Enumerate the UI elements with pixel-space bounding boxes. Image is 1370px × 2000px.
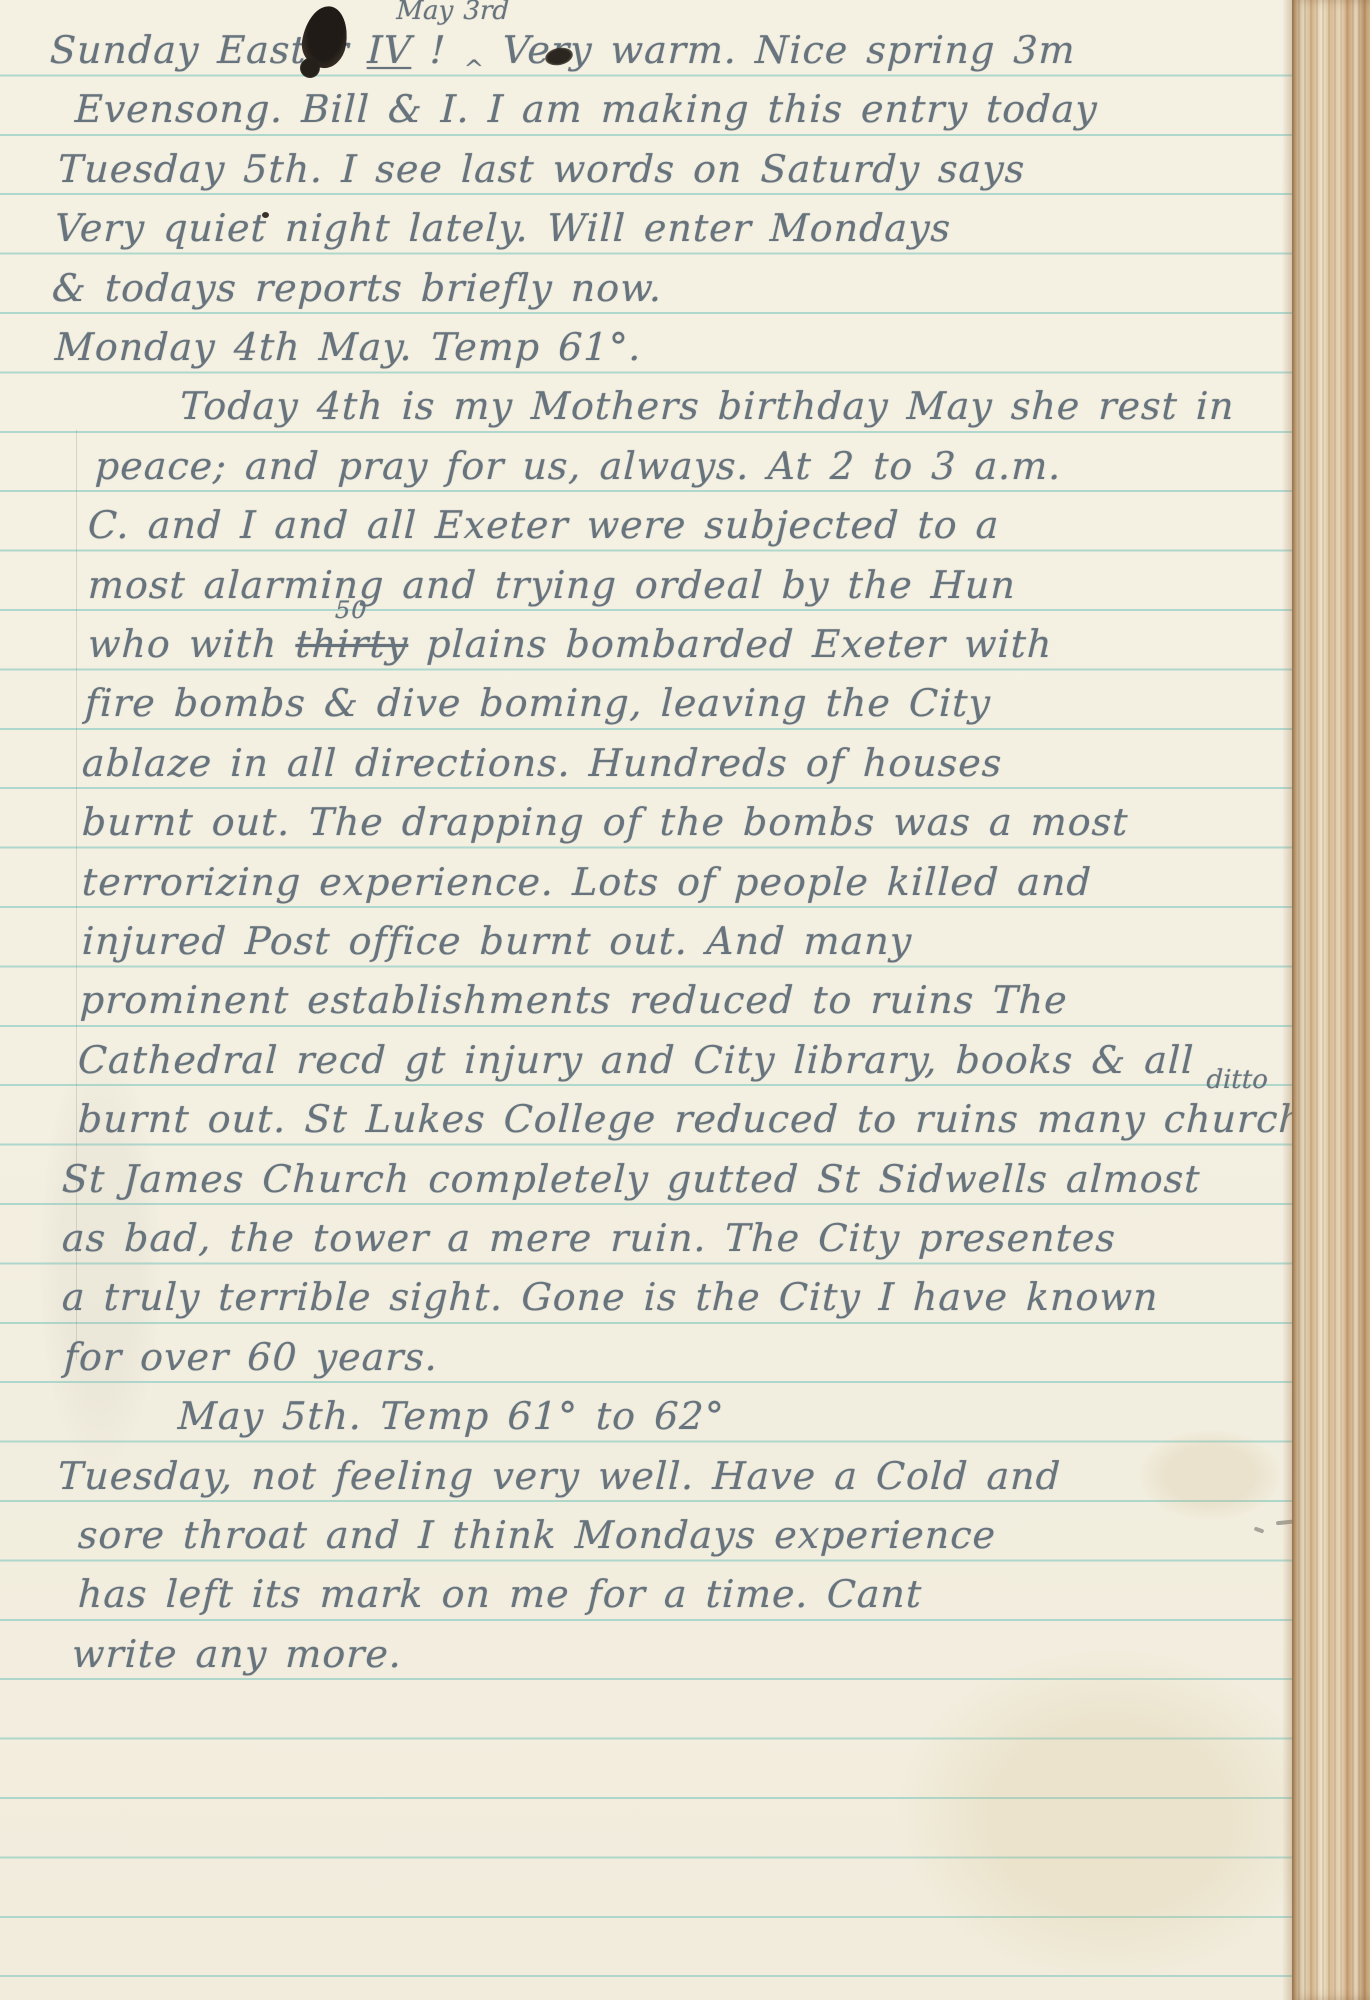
handwritten-line: burnt out. The drapping of the bombs was… <box>81 796 1129 848</box>
handwritten-line: C. and I and all Exeter were subjected t… <box>87 499 1000 551</box>
handwriting-text: ablaze in all directions. Hundreds of ho… <box>81 741 1003 785</box>
handwriting-text: burnt out. The drapping of the bombs was… <box>81 800 1129 844</box>
handwriting-text: a truly terrible sight. Gone is the City… <box>61 1275 1159 1319</box>
handwritten-line: Very quiet night lately. Will enter Mond… <box>54 202 952 254</box>
ink-dot <box>262 212 269 218</box>
handwriting-text: ! <box>411 28 465 72</box>
handwriting-text: has left its mark on me for a time. Cant <box>77 1572 923 1616</box>
handwritten-line: write any more. <box>71 1628 403 1680</box>
handwriting-text: Very quiet night lately. Will enter Mond… <box>54 206 952 250</box>
handwritten-line: a truly terrible sight. Gone is the City… <box>61 1271 1159 1323</box>
handwritten-line: most alarming and trying ordeal by the H… <box>87 559 1017 611</box>
handwritten-line: Evensong. Bill & I. I am making this ent… <box>74 83 1098 135</box>
diary-page-scan: Sunday Easter IV ! ^ Very warm. Nice spr… <box>0 0 1370 2000</box>
handwritten-line: Cathedral recd gt injury and City librar… <box>77 1034 1195 1086</box>
handwriting-text: terrorizing experience. Lots of people k… <box>81 860 1092 904</box>
handwritten-line: prominent establishments reduced to ruin… <box>79 974 1069 1026</box>
handwriting-text: Cathedral recd gt injury and City librar… <box>77 1038 1195 1082</box>
struck-word: thirty50 <box>295 622 409 666</box>
handwriting-text: sore throat and I think Mondays experien… <box>77 1513 997 1557</box>
handwritten-line: has left its mark on me for a time. Cant <box>77 1568 923 1620</box>
handwriting-text: Monday 4th May. Temp 61°. <box>54 325 642 369</box>
handwriting-text: May 5th. Temp 61° to 62° <box>177 1394 725 1438</box>
handwriting-text: Evensong. Bill & I. I am making this ent… <box>74 87 1098 131</box>
handwritten-line: for over 60 years. <box>63 1331 439 1383</box>
handwritten-line: May 5th. Temp 61° to 62° <box>177 1390 725 1442</box>
handwritten-line: injured Post office burnt out. And many <box>81 915 913 967</box>
handwriting-text: Tuesday 5th. I see last words on Saturdy… <box>57 147 1026 191</box>
handwriting-text: prominent establishments reduced to ruin… <box>79 978 1068 1022</box>
handwriting-text: plains bombarded Exeter with <box>408 622 1054 666</box>
handwritten-line: sore throat and I think Mondays experien… <box>77 1509 997 1561</box>
handwriting-text: burnt out. St Lukes College reduced to r… <box>77 1097 1348 1141</box>
handwritten-line: burnt out. St Lukes College reduced to r… <box>77 1093 1369 1145</box>
handwriting-text: Tuesday, not feeling very well. Have a C… <box>57 1454 1062 1498</box>
handwriting-text: fire bombs & dive boming, leaving the Ci… <box>84 681 991 725</box>
handwritten-line: Tuesday 5th. I see last words on Saturdy… <box>57 143 1026 195</box>
handwriting-text: C. and I and all Exeter were subjected t… <box>87 503 1000 547</box>
handwriting-text: St James Church completely gutted St Sid… <box>61 1157 1201 1201</box>
handwritten-line: as bad, the tower a mere ruin. The City … <box>61 1212 1117 1264</box>
book-fore-edge <box>1292 0 1370 2000</box>
handwritten-line: & todays reports briefly now. <box>51 262 663 314</box>
handwriting-text: IV <box>367 28 413 72</box>
handwritten-line: peace; and pray for us, always. At 2 to … <box>94 440 1062 492</box>
handwriting-text: write any more. <box>71 1632 403 1676</box>
handwriting-text: injured Post office burnt out. And many <box>81 919 913 963</box>
handwritten-line: ablaze in all directions. Hundreds of ho… <box>81 737 1003 789</box>
handwritten-line: fire bombs & dive boming, leaving the Ci… <box>84 677 992 729</box>
handwriting-text: most alarming and trying ordeal by the H… <box>87 563 1016 607</box>
inserted-note: May 3rd <box>396 0 510 24</box>
handwritten-line: Today 4th is my Mothers birthday May she… <box>179 380 1235 432</box>
inserted-note: ditto <box>1206 1067 1268 1093</box>
handwritten-line: Monday 4th May. Temp 61°. <box>54 321 643 373</box>
handwriting-text: ^ <box>463 55 484 83</box>
handwriting-text: Today 4th is my Mothers birthday May she… <box>179 384 1235 428</box>
handwriting-text: peace; and pray for us, always. At 2 to … <box>94 444 1062 488</box>
correction-note: 50 <box>335 598 368 622</box>
handwritten-line: St James Church completely gutted St Sid… <box>61 1153 1201 1205</box>
handwriting-text: Very warm. Nice spring 3m <box>484 28 1077 72</box>
handwriting-text: as bad, the tower a mere ruin. The City … <box>61 1216 1117 1260</box>
handwriting-text: for over 60 years. <box>63 1335 439 1379</box>
handwriting-text: & todays reports briefly now. <box>51 266 663 310</box>
handwritten-line: terrorizing experience. Lots of people k… <box>81 856 1093 908</box>
handwritten-line: Tuesday, not feeling very well. Have a C… <box>57 1450 1062 1502</box>
handwritten-line: who with thirty50 plains bombarded Exete… <box>87 618 1053 670</box>
handwriting-text: who with <box>87 622 296 666</box>
